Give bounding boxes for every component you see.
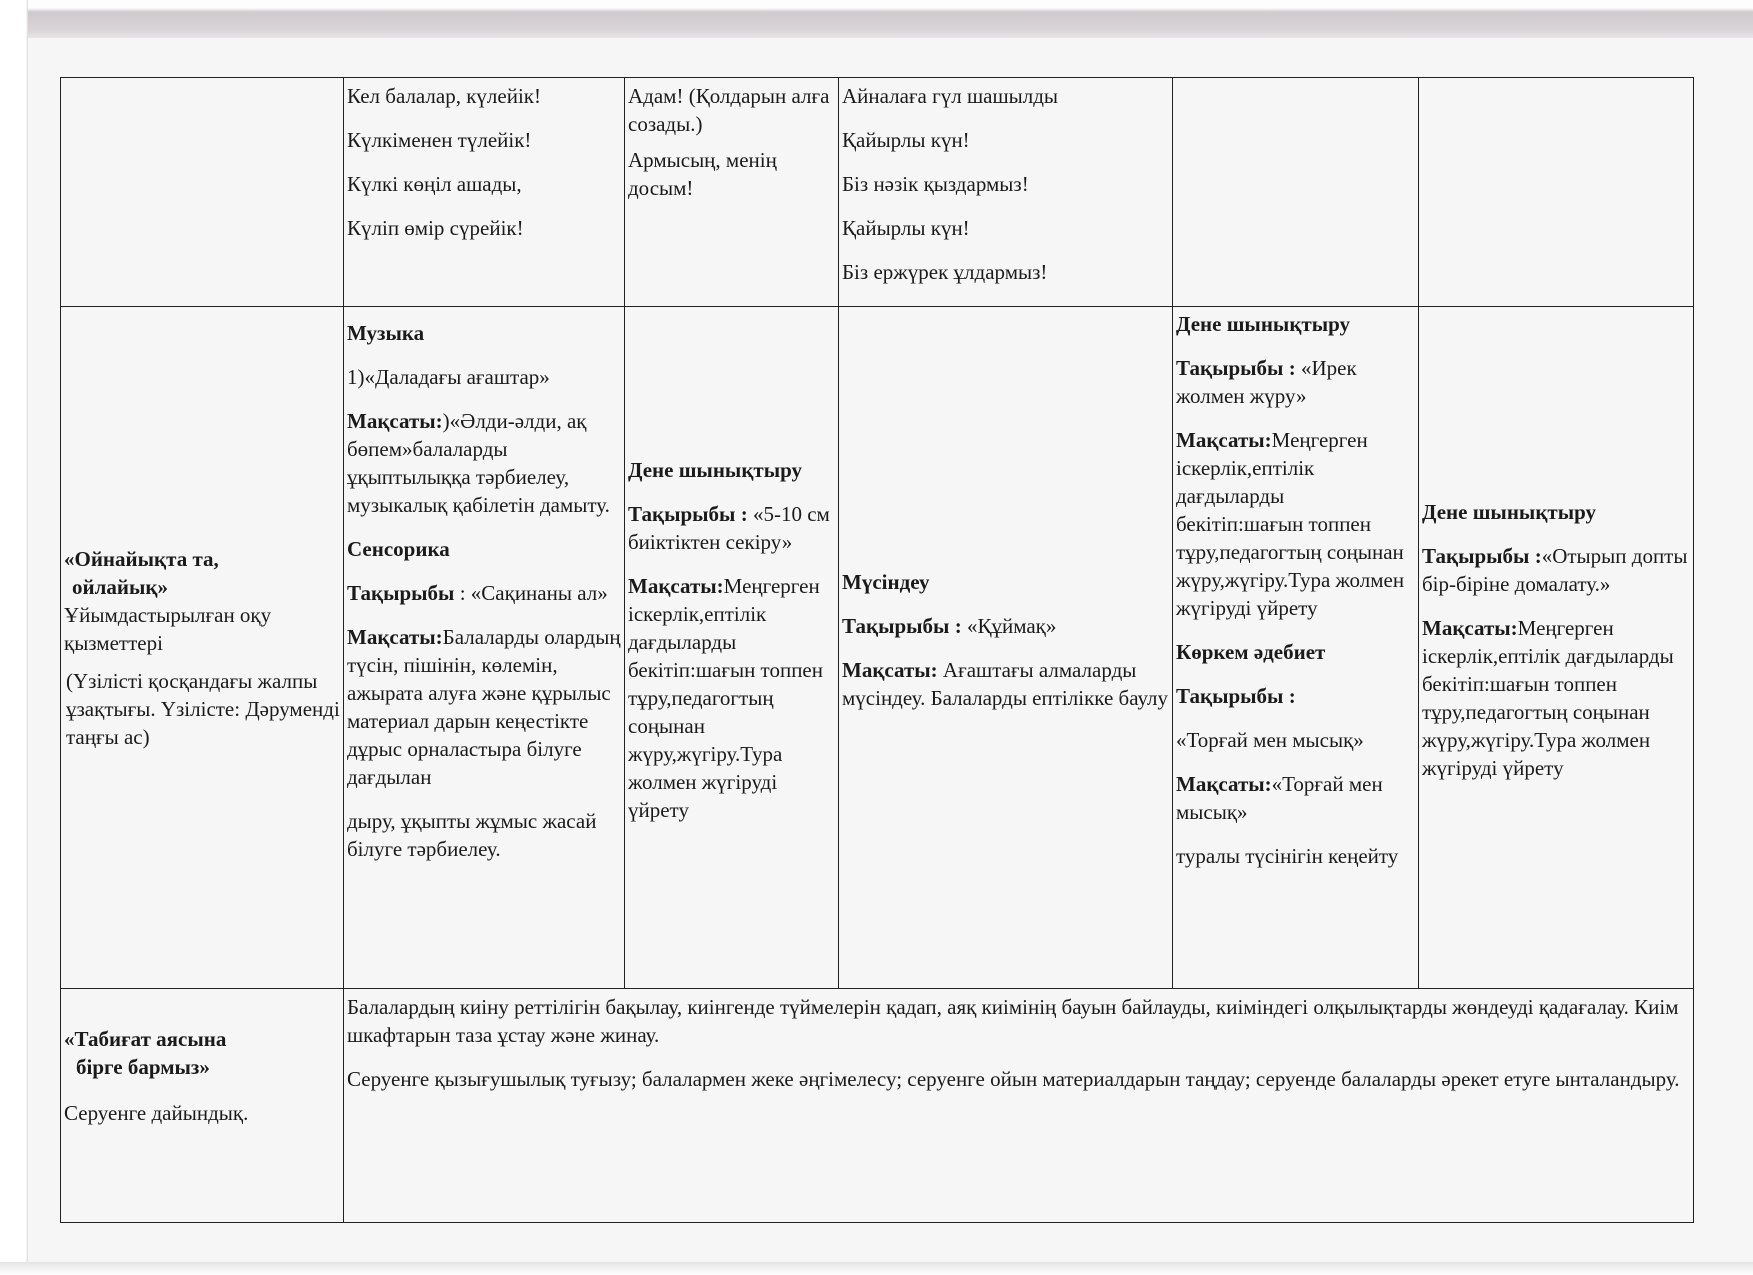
walk-label: «Табиғат аясына бірге бармыз» bbox=[64, 1025, 340, 1081]
topic-text: «Торғай мен мысық» bbox=[1176, 726, 1415, 754]
rhyme-line: Кел балалар, күлейік! bbox=[347, 82, 621, 110]
scan-edge-top bbox=[0, 0, 1753, 40]
topic-label: Тақырыбы : bbox=[1176, 682, 1415, 710]
cell-activities-mon: Музыка 1)«Даладағы ағаштар» Мақсаты:)«Әл… bbox=[344, 307, 625, 989]
goal-text-cont: дыру, ұқыпты жұмыс жасай білуге тәрбиеле… bbox=[347, 807, 621, 863]
cell-greeting-fri bbox=[1419, 78, 1694, 307]
rhyme-line: Біз ержүрек ұлдармыз! bbox=[842, 258, 1169, 286]
row-label-walk: «Табиғат аясына бірге бармыз» Серуенге д… bbox=[61, 989, 344, 1223]
subject-title: Мүсіндеу bbox=[842, 568, 1169, 596]
subject-title: Дене шынықтыру bbox=[1422, 498, 1690, 526]
goal-label: Мақсаты: bbox=[1422, 616, 1518, 640]
rhyme-line: Біз нәзік қыздармыз! bbox=[842, 170, 1169, 198]
rhyme-line: Күлкі көңіл ашады, bbox=[347, 170, 621, 198]
rhyme-line: Күліп өмір сүрейік! bbox=[347, 214, 621, 242]
rhyme-line: Күлкіменен түлейік! bbox=[347, 126, 621, 154]
goal-text: Меңгерген іскерлік,ептілік дағдыларды бе… bbox=[628, 574, 823, 822]
topic-label: Тақырыбы : bbox=[1422, 544, 1542, 568]
topic-label: Тақырыбы bbox=[347, 581, 454, 605]
walk-label-bold: «Табиғат аясына bbox=[64, 1027, 226, 1051]
activities-label-rest: Ұйымдастырылған оқу қызметтері bbox=[64, 603, 271, 655]
table-row-walk: «Табиғат аясына бірге бармыз» Серуенге д… bbox=[61, 989, 1694, 1223]
row-label-greeting bbox=[61, 78, 344, 307]
topic-label: Тақырыбы : bbox=[628, 502, 748, 526]
rhyme-line: Айналаға гүл шашылды bbox=[842, 82, 1169, 110]
cell-activities-tue: Дене шынықтыру Тақырыбы : «5-10 см биікт… bbox=[625, 307, 839, 989]
activities-label-bold: «Ойнайықта та, bbox=[64, 547, 219, 571]
goal-label: Мақсаты: bbox=[842, 658, 938, 682]
table-row-greeting: Кел балалар, күлейік! Күлкіменен түлейік… bbox=[61, 78, 1694, 307]
subject-title: Дене шынықтыру bbox=[628, 456, 835, 484]
goal-text: Балаларды олардың түсін, пішінін, көлемі… bbox=[347, 625, 621, 789]
cell-greeting-wed: Айналаға гүл шашылды Қайырлы күн! Біз нә… bbox=[839, 78, 1173, 307]
cell-greeting-thu bbox=[1173, 78, 1419, 307]
cell-activities-wed: Мүсіндеу Тақырыбы : «Құймақ» Мақсаты: Ағ… bbox=[839, 307, 1173, 989]
walk-label-bold: бірге бармыз» bbox=[64, 1055, 210, 1079]
topic-text: : «Сақинаны ал» bbox=[454, 581, 607, 605]
activities-label-bold: ойлайық» bbox=[64, 575, 168, 599]
scan-edge-left bbox=[0, 0, 28, 1275]
walk-label-rest: Серуенге дайындық. bbox=[64, 1099, 340, 1127]
rhyme-line: Қайырлы күн! bbox=[842, 126, 1169, 154]
goal-label: Мақсаты: bbox=[347, 409, 443, 433]
row-label-activities: «Ойнайықта та, ойлайық» Ұйымдастырылған … bbox=[61, 307, 344, 989]
goal-text-cont: туралы түсінігін кеңейту bbox=[1176, 842, 1415, 870]
subject-title: Музыка bbox=[347, 319, 621, 347]
goal-label: Мақсаты: bbox=[347, 625, 443, 649]
subject-title: Көркем әдебиет bbox=[1176, 638, 1415, 666]
subject-title: Сенсорика bbox=[347, 535, 621, 563]
cell-walk-content: Балалардың киіну реттілігін бақылау, киі… bbox=[344, 989, 1694, 1223]
scan-edge-bottom bbox=[0, 1262, 1753, 1275]
goal-label: Мақсаты: bbox=[1176, 428, 1272, 452]
schedule-table: Кел балалар, күлейік! Күлкіменен түлейік… bbox=[60, 77, 1694, 1223]
topic-text: «Құймақ» bbox=[962, 614, 1057, 638]
topic-label: Тақырыбы : bbox=[842, 614, 962, 638]
cell-activities-fri: Дене шынықтыру Тақырыбы :«Отырып допты б… bbox=[1419, 307, 1694, 989]
cell-activities-thu: Дене шынықтыру Тақырыбы : «Ирек жолмен ж… bbox=[1173, 307, 1419, 989]
subject-topic: 1)«Даладағы ағаштар» bbox=[347, 363, 621, 391]
goal-label: Мақсаты: bbox=[628, 574, 724, 598]
walk-paragraph: Балалардың киіну реттілігін бақылау, киі… bbox=[347, 993, 1690, 1049]
activities-note: (Үзілісті қосқандағы жалпы ұзақтығы. Үзі… bbox=[64, 667, 340, 751]
goal-text: Меңгерген іскерлік,ептілік дағдыларды бе… bbox=[1422, 616, 1674, 780]
walk-paragraph: Серуенге қызығушылық туғызу; балалармен … bbox=[347, 1065, 1690, 1093]
rhyme-line: Армысың, менің досым! bbox=[628, 146, 835, 202]
goal-text: Меңгерген іскерлік,ептілік дағдыларды бе… bbox=[1176, 428, 1404, 620]
activities-label: «Ойнайықта та, ойлайық» Ұйымдастырылған … bbox=[64, 545, 340, 657]
rhyme-line: Адам! (Қолдарын алға созады.) bbox=[628, 82, 835, 138]
table-row-activities: «Ойнайықта та, ойлайық» Ұйымдастырылған … bbox=[61, 307, 1694, 989]
rhyme-line: Қайырлы күн! bbox=[842, 214, 1169, 242]
topic-label: Тақырыбы : bbox=[1176, 356, 1296, 380]
subject-title: Дене шынықтыру bbox=[1176, 310, 1415, 338]
goal-label: Мақсаты: bbox=[1176, 772, 1272, 796]
cell-greeting-mon: Кел балалар, күлейік! Күлкіменен түлейік… bbox=[344, 78, 625, 307]
cell-greeting-tue: Адам! (Қолдарын алға созады.) Армысың, м… bbox=[625, 78, 839, 307]
